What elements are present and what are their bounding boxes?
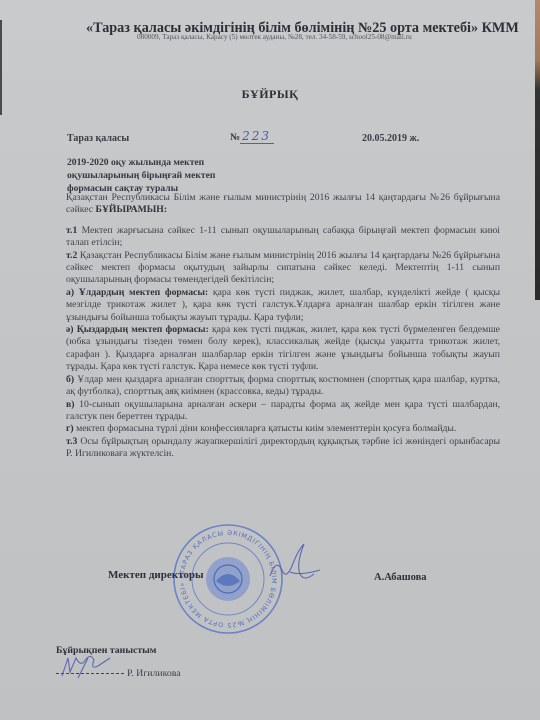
order-number-label: №	[230, 132, 240, 143]
subject-line: оқушыларының бірыңғай мектеп	[67, 169, 215, 182]
item-text: мектеп формасына түрлі діни конфессиялар…	[74, 423, 457, 434]
order-subject: 2019-2020 оқу жылында мектеп оқушыларыны…	[67, 156, 215, 195]
order-item: в) 10-сынып оқушыларына арналған әскери …	[66, 399, 500, 424]
order-item: т.3 Осы бұйрықтың орындалу жауапкершіліг…	[66, 436, 500, 461]
order-item: т.2 Қазақстан Республикасы Білім және ғы…	[66, 250, 500, 287]
order-body: Қазақстан Республикасы Білім және ғылым …	[66, 192, 500, 461]
item-text: Ұлдар мен қыздарға арналған спорттық фор…	[66, 374, 500, 397]
item-text: 10-сынып оқушыларына арналған әскери – п…	[66, 399, 500, 422]
director-label: Мектеп директоры	[108, 569, 204, 581]
order-item: а) Ұлдардың мектеп формасы: қара көк түс…	[66, 287, 500, 324]
item-label: г)	[66, 423, 74, 434]
item-label: ә) Қыздардың мектеп формасы:	[66, 324, 209, 335]
item-label: т.3	[66, 436, 77, 447]
item-text: Мектеп жарғысына сәйкес 1-11 сынып оқушы…	[66, 225, 500, 248]
order-city: Тараз қаласы	[67, 133, 129, 144]
order-item: т.1 Мектеп жарғысына сәйкес 1-11 сынып о…	[66, 225, 500, 250]
item-label: а) Ұлдардың мектеп формасы:	[66, 287, 208, 298]
preamble: Қазақстан Республикасы Білім және ғылым …	[66, 192, 500, 217]
item-label: т.2	[66, 250, 77, 261]
organization-address: 080009, Тараз қаласы, Карасу (5) мөлтек …	[137, 33, 412, 41]
item-label: б)	[66, 374, 74, 385]
subject-line: 2019-2020 оқу жылында мектеп	[67, 156, 215, 169]
preamble-command: БҰЙЫРАМЫН:	[96, 204, 168, 215]
acknowledgement-name: Р. Игиликова	[127, 668, 181, 679]
director-signature-icon	[262, 540, 332, 590]
order-number: №223	[230, 129, 274, 144]
desk-edge-right	[535, 0, 540, 300]
order-item: б) Ұлдар мен қыздарға арналған спорттық …	[66, 374, 500, 399]
order-number-value: 223	[240, 129, 274, 144]
acknowledgement-signature-icon	[58, 652, 114, 680]
order-item: г) мектеп формасына түрлі діни конфессия…	[66, 423, 500, 435]
item-text: Осы бұйрықтың орындалу жауапкершілігі ди…	[66, 436, 500, 459]
item-text: Қазақстан Республикасы Білім және ғылым …	[66, 250, 500, 286]
order-item: ә) Қыздардың мектеп формасы: қара көк тү…	[66, 324, 500, 374]
order-title: БҰЙРЫҚ	[0, 87, 540, 102]
order-date: 20.05.2019 ж.	[362, 133, 419, 144]
item-label: т.1	[66, 225, 77, 236]
director-name: А.Абашова	[374, 572, 427, 583]
